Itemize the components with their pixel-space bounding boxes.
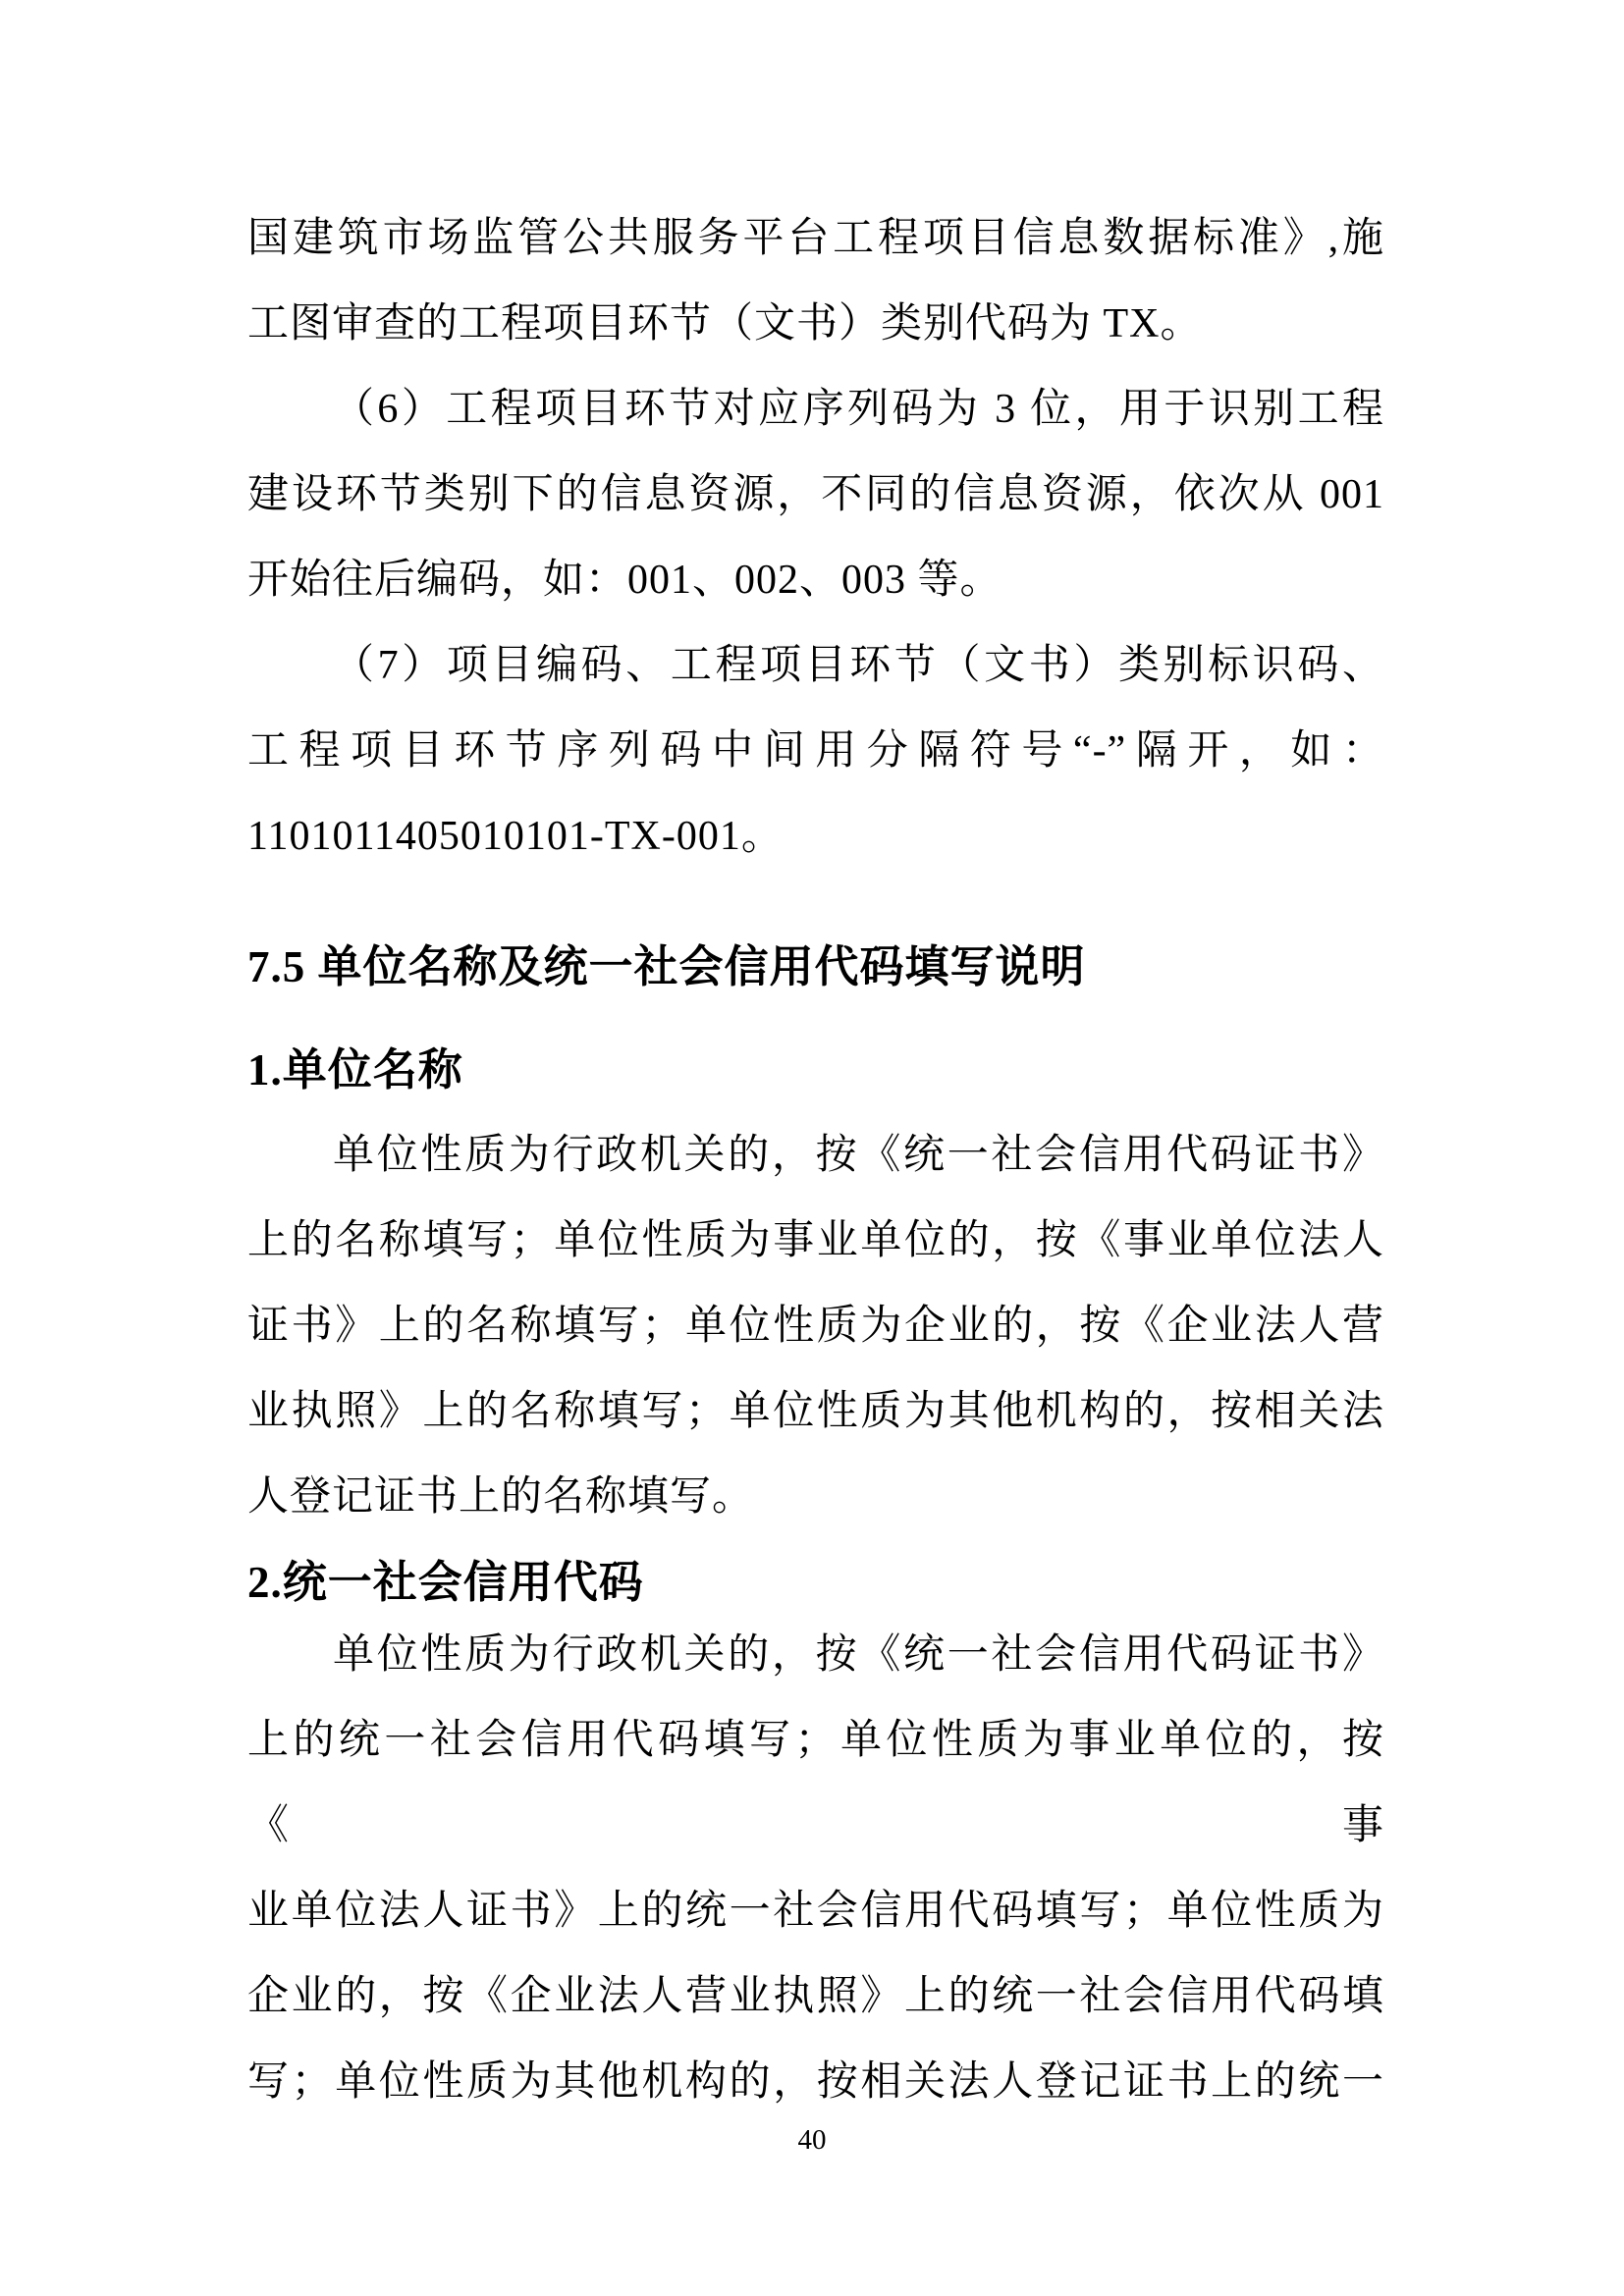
text-line: （7）项目编码、工程项目环节（文书）类别标识码、 [247, 623, 1384, 709]
text-line: 业单位法人证书》上的统一社会信用代码填写；单位性质为 [247, 1869, 1384, 1954]
paragraph-item7: （7）项目编码、工程项目环节（文书）类别标识码、 工程项目环节序列码中间用分隔符… [247, 623, 1384, 880]
text-line: 单位性质为行政机关的，按《统一社会信用代码证书》 [247, 1113, 1384, 1199]
paragraph-item6: （6）工程项目环节对应序列码为 3 位，用于识别工程 建设环节类别下的信息资源，… [247, 367, 1384, 623]
text-line: 上的名称填写；单位性质为事业单位的，按《事业单位法人 [247, 1199, 1384, 1284]
text-line: 单位性质为行政机关的，按《统一社会信用代码证书》 [247, 1613, 1384, 1698]
paragraph-credit-code: 单位性质为行政机关的，按《统一社会信用代码证书》 上的统一社会信用代码填写；单位… [247, 1613, 1384, 2125]
section-heading-7-5: 7.5 单位名称及统一社会信用代码填写说明 [247, 925, 1384, 1010]
page-content: 国建筑市场监管公共服务平台工程项目信息数据标准》,施 工图审查的工程项目环节（文… [247, 196, 1384, 2125]
text-line: 1101011405010101-TX-001。 [247, 794, 1384, 880]
text-line: 工程项目环节序列码中间用分隔符号“-”隔开，如： [247, 709, 1384, 794]
text-line: 业执照》上的名称填写；单位性质为其他机构的，按相关法 [247, 1369, 1384, 1455]
text-line: 企业的，按《企业法人营业执照》上的统一社会信用代码填 [247, 1954, 1384, 2040]
text-line: 国建筑市场监管公共服务平台工程项目信息数据标准》,施 [247, 196, 1384, 282]
subheading-unit-name: 1.单位名称 [247, 1028, 1384, 1113]
text-line: 证书》上的名称填写；单位性质为企业的，按《企业法人营 [247, 1284, 1384, 1369]
text-line: 工图审查的工程项目环节（文书）类别代码为 TX。 [247, 282, 1384, 367]
text-line: 建设环节类别下的信息资源，不同的信息资源，依次从 001 [247, 453, 1384, 538]
text-line: 写；单位性质为其他机构的，按相关法人登记证书上的统一 [247, 2040, 1384, 2125]
page-number: 40 [0, 2123, 1624, 2157]
document-page: 国建筑市场监管公共服务平台工程项目信息数据标准》,施 工图审查的工程项目环节（文… [0, 0, 1624, 2296]
paragraph-continuation: 国建筑市场监管公共服务平台工程项目信息数据标准》,施 工图审查的工程项目环节（文… [247, 196, 1384, 367]
text-line: （6）工程项目环节对应序列码为 3 位，用于识别工程 [247, 367, 1384, 453]
text-line: 人登记证书上的名称填写。 [247, 1455, 1384, 1540]
text-line: 开始往后编码，如：001、002、003 等。 [247, 538, 1384, 623]
paragraph-unit-name: 单位性质为行政机关的，按《统一社会信用代码证书》 上的名称填写；单位性质为事业单… [247, 1113, 1384, 1540]
text-line: 上的统一社会信用代码填写；单位性质为事业单位的，按《事 [247, 1698, 1384, 1869]
